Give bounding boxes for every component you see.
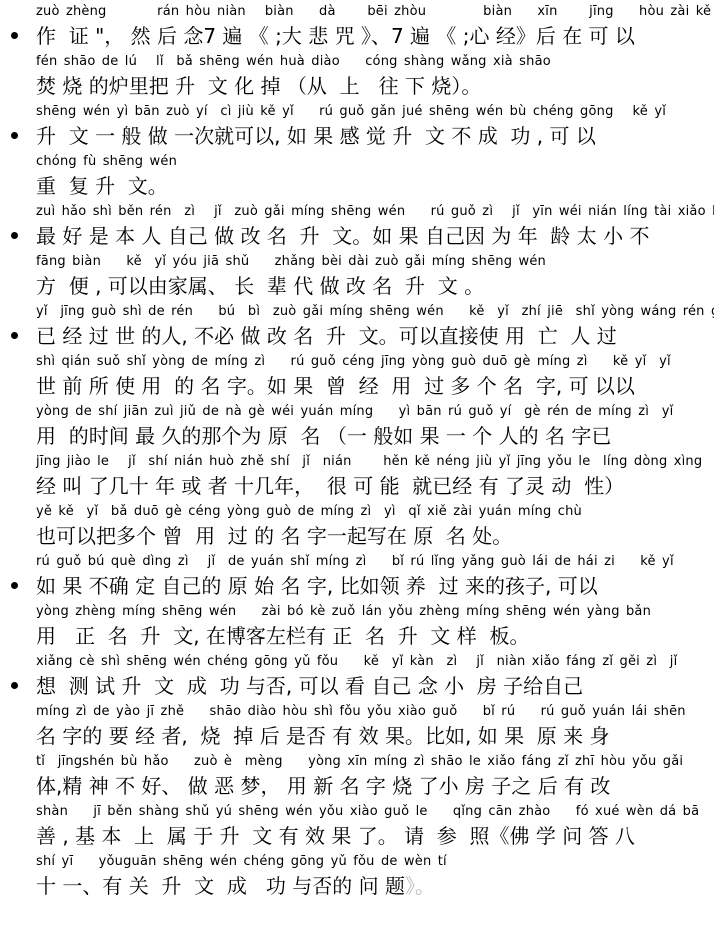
hanzi-line: 用 的时间 最 久的那个为 原 名 （一 般如 果 一 个 人的 名 字已 [36,420,714,453]
pinyin-line: zuò zhèng rán hòu niàn biàn dà bēi zhòu … [36,4,714,20]
pinyin-line: yòng zhèng míng shēng wén zài bó kè zuǒ … [36,604,714,620]
hanzi-line: 方 便 , 可以由家属、 长 辈 代 做 改 名 升 文 。 [36,270,714,303]
text-line: fén shāo de lú lǐ bǎ shēng wén huà diào … [0,54,714,103]
pinyin-line: shàn jī běn shàng shǔ yú shēng wén yǒu x… [36,804,714,820]
text-line: míng zì de yào jī zhě shāo diào hòu shì … [0,704,714,753]
hanzi-line: 如 果 不确 定 自己的 原 始 名 字, 比如领 养 过 来的孩子, 可以 [36,570,714,603]
text-line: fāng biàn kě yǐ yóu jiā shǔ zhǎng bèi dà… [0,254,714,303]
hanzi-line: 焚 烧 的炉里把 升 文 化 掉 （从 上 往 下 烧）。 [36,70,714,103]
text-line: shí yī yǒuguān shēng wén chéng gōng yǔ f… [0,854,714,903]
pinyin-line: shí yī yǒuguān shēng wén chéng gōng yǔ f… [36,854,714,870]
pinyin-line: rú guǒ bú què dìng zì jǐ de yuán shǐ mín… [36,554,714,570]
text-line: yòng zhèng míng shēng wén zài bó kè zuǒ … [0,604,714,653]
pinyin-line: míng zì de yào jī zhě shāo diào hòu shì … [36,704,714,720]
pinyin-line: fāng biàn kě yǐ yóu jiā shǔ zhǎng bèi dà… [36,254,714,270]
pinyin-line: xiǎng cè shì shēng wén chéng gōng yǔ fǒu… [36,654,714,670]
bullet-icon [11,232,18,239]
text-line: yǐ jīng guò shì de rén bú bì zuò gǎi mín… [0,304,714,353]
text-line: shì qián suǒ shǐ yòng de míng zì rú guǒ … [0,354,714,403]
bullet-icon [11,332,18,339]
hanzi-line: 经 叫 了几十 年 或 者 十几年， 很 可 能 就已经 有 了灵 动 性） [36,470,714,503]
hanzi-line: 最 好 是 本 人 自己 做 改 名 升 文。如 果 自己因 为 年 龄 太 小… [36,220,714,253]
document-page: zuò zhèng rán hòu niàn biàn dà bēi zhòu … [0,0,714,930]
bullet-icon [11,682,18,689]
text-line: jīng jiào le jǐ shí nián huò zhě shí jǐ … [0,454,714,503]
hanzi-line: 也可以把多个 曾 用 过 的 名 字一起写在 原 名 处。 [36,520,714,553]
text-line: rú guǒ bú què dìng zì jǐ de yuán shǐ mín… [0,554,714,603]
hanzi-line: 重 复 升 文。 [36,170,714,203]
text-line: xiǎng cè shì shēng wén chéng gōng yǔ fǒu… [0,654,714,703]
document-body: zuò zhèng rán hòu niàn biàn dà bēi zhòu … [0,4,714,903]
text-line: tǐ jīngshén bù hǎo zuò è mèng yòng xīn m… [0,754,714,803]
pinyin-line: yòng de shí jiān zuì jiǔ de nà gè wéi yu… [36,404,714,420]
bullet-icon [11,32,18,39]
pinyin-line: chóng fù shēng wén [36,154,714,170]
pinyin-line: yǐ jīng guò shì de rén bú bì zuò gǎi mín… [36,304,714,320]
hanzi-line: 想 测 试 升 文 成 功 与否, 可以 看 自己 念 小 房 子给自己 [36,670,714,703]
hanzi-line: 十 一、有 关 升 文 成 功 与否的 问 题》。 [36,870,714,903]
hanzi-line: 用 正 名 升 文, 在博客左栏有 正 名 升 文 样 板。 [36,620,714,653]
hanzi-line: 善 , 基 本 上 属 于 升 文 有 效 果 了。 请 参 照《佛 学 问 答… [36,820,714,853]
bullet-icon [11,132,18,139]
hanzi-line: 体,精 神 不 好、 做 恶 梦， 用 新 名 字 烧 了小 房 子之 后 有 … [36,770,714,803]
pinyin-line: jīng jiào le jǐ shí nián huò zhě shí jǐ … [36,454,714,470]
hanzi-line: 已 经 过 世 的人, 不必 做 改 名 升 文。可以直接使 用 亡 人 过 [36,320,714,353]
hanzi-line: 升 文 一 般 做 一次就可以, 如 果 感 觉 升 文 不 成 功 , 可 以 [36,120,714,153]
pinyin-line: shēng wén yì bān zuò yí cì jiù kě yǐ rú … [36,104,714,120]
hanzi-line: 作 证 "， 然 后 念7 遍 《 ;大 悲 咒 》、7 遍 《 ;心 经》后 … [36,20,714,53]
bullet-icon [11,582,18,589]
text-line: yě kě yǐ bǎ duō gè céng yòng guò de míng… [0,504,714,553]
text-line: chóng fù shēng wén 重 复 升 文。 [0,154,714,203]
hanzi-line: 名 字的 要 经 者, 烧 掉 后 是否 有 效 果。比如, 如 果 原 来 身 [36,720,714,753]
text-line: shēng wén yì bān zuò yí cì jiù kě yǐ rú … [0,104,714,153]
pinyin-line: zuì hǎo shì běn rén zì jǐ zuò gǎi míng s… [36,204,714,220]
text-line: zuì hǎo shì běn rén zì jǐ zuò gǎi míng s… [0,204,714,253]
pinyin-line: fén shāo de lú lǐ bǎ shēng wén huà diào … [36,54,714,70]
pinyin-line: tǐ jīngshén bù hǎo zuò è mèng yòng xīn m… [36,754,714,770]
pinyin-line: yě kě yǐ bǎ duō gè céng yòng guò de míng… [36,504,714,520]
text-line: zuò zhèng rán hòu niàn biàn dà bēi zhòu … [0,4,714,53]
text-line: yòng de shí jiān zuì jiǔ de nà gè wéi yu… [0,404,714,453]
trailing-punctuation: 》。 [405,874,435,898]
hanzi-line: 世 前 所 使 用 的 名 字。如 果 曾 经 用 过 多 个 名 字, 可 以… [36,370,714,403]
pinyin-line: shì qián suǒ shǐ yòng de míng zì rú guǒ … [36,354,714,370]
text-line: shàn jī běn shàng shǔ yú shēng wén yǒu x… [0,804,714,853]
